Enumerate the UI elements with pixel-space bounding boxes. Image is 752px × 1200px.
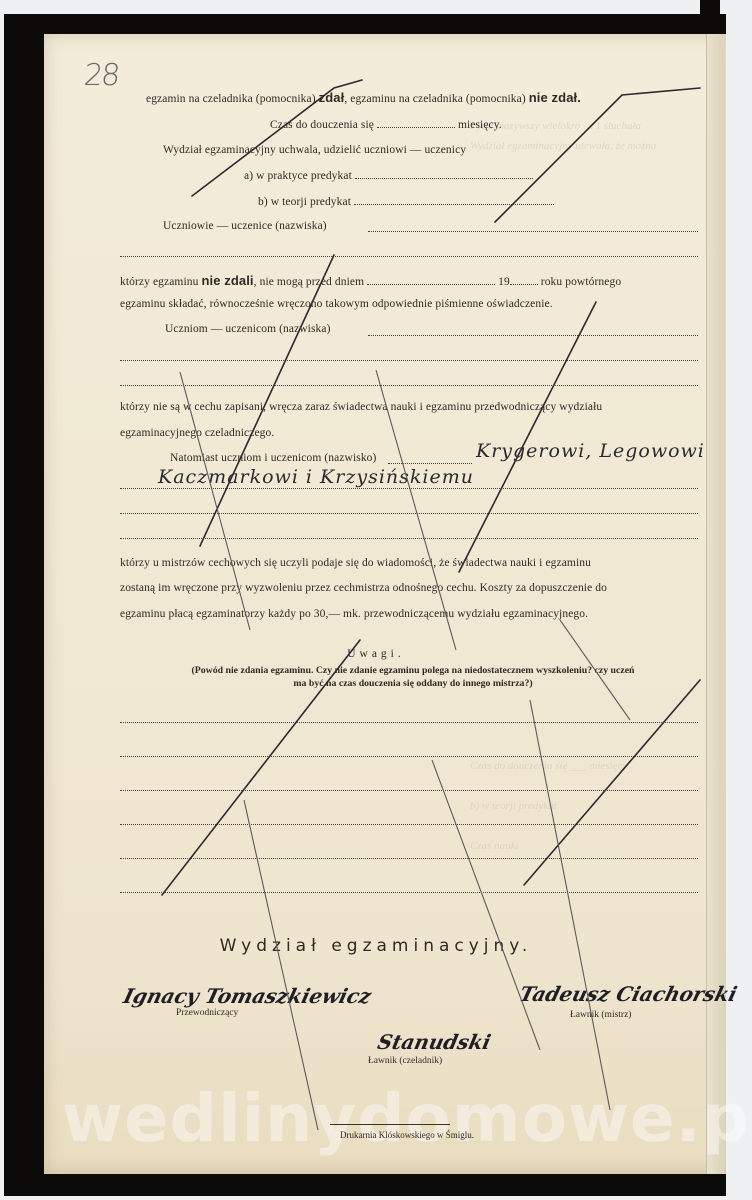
guild-masters-text-3: egzaminu płacą egzaminatorzy każdy po 30… <box>120 608 588 620</box>
passed-failed-line: egzamin na czeladnika (pomocnika) zdał, … <box>146 90 581 105</box>
remarks-field-4[interactable] <box>120 824 698 825</box>
committee-heading: Wydział egzaminacyjny. <box>0 936 752 956</box>
date-field[interactable] <box>367 275 495 285</box>
master-label: Ławnik (mistrz) <box>570 1010 631 1020</box>
practice-grade-field[interactable] <box>355 169 533 179</box>
watermark: wedlinydomowe.pl <box>62 1080 752 1157</box>
students-to-field-3[interactable] <box>120 385 698 386</box>
passed-label: zdał <box>319 90 345 105</box>
master-signature: Tadeusz Ciachorski <box>517 982 740 1006</box>
retake-time-line: Czas do douczenia się miesięcy. <box>270 118 502 131</box>
remarks-field-6[interactable] <box>120 892 698 893</box>
students-to-field-2[interactable] <box>120 360 698 361</box>
text: Czas do douczenia się <box>270 119 374 131</box>
text: roku powtórnego <box>541 276 621 288</box>
page-number: 28 <box>82 58 120 93</box>
remarks-note: (Powód nie zdania egzaminu. Czy nie zdan… <box>118 664 708 690</box>
text: , nie mogą przed dniem <box>254 276 364 288</box>
year-prefix: 19 <box>498 276 510 288</box>
failed-bold-label: nie zdali <box>201 273 253 288</box>
theory-grade-field[interactable] <box>354 195 554 205</box>
guild-masters-text-1: którzy u mistrzów cechowych się uczyli p… <box>120 557 591 569</box>
remarks-field-5[interactable] <box>120 858 698 859</box>
guild-masters-text-2: zostaną im wręczone przy wyzwoleniu prze… <box>120 582 607 594</box>
practice-grade-line: a) w praktyce predykat <box>244 169 533 182</box>
printer-rule <box>330 1124 450 1125</box>
however-label: Natomiast uczniom i uczenicom (nazwisko) <box>170 452 376 464</box>
journeyman-signature: Stanudski <box>375 1030 493 1054</box>
chairman-signature: Ignacy Tomaszkiewicz <box>121 984 374 1008</box>
not-in-guild-text: którzy nie są w cechu zapisani, wręcza z… <box>120 401 602 413</box>
months-field[interactable] <box>377 118 455 128</box>
bleed-through-text: Czas do douczenia się ___ miesięcy <box>470 760 627 772</box>
failed-label: nie zdał. <box>529 90 581 105</box>
journeyman-label: Ławnik (czeladnik) <box>368 1056 442 1066</box>
remarks-note-line-1: (Powód nie zdania egzaminu. Czy nie zdan… <box>118 664 708 677</box>
students-names-field[interactable] <box>368 231 698 232</box>
text: , egzaminu na czeladnika (pomocnika) <box>344 93 525 105</box>
text: b) w teorji predykat <box>258 196 351 208</box>
committee-resolves-text: Wydział egzaminacyjny uchwala, udzielić … <box>163 144 466 156</box>
text: którzy egzaminu <box>120 276 198 288</box>
bleed-through-text: b) w teorji predykat <box>470 800 557 812</box>
names-field-3[interactable] <box>120 513 698 514</box>
handwritten-names-2: Kaczmarkowi i Krzysińskiemu <box>158 466 474 488</box>
theory-grade-line: b) w teorji predykat <box>258 195 554 208</box>
bleed-through-text: Wydział egzaminacyjny ulewała, że można <box>470 140 656 152</box>
names-field[interactable] <box>388 463 472 464</box>
not-in-guild-text-2: egzaminacyjnego czeladniczego. <box>120 427 274 439</box>
chairman-label: Przewodniczący <box>176 1008 238 1018</box>
printer-imprint: Drukarnia Klóskowskiego w Śmiglu. <box>340 1130 474 1140</box>
names-field-4[interactable] <box>120 538 698 539</box>
statement-text: egzaminu składać, równocześnie wręczono … <box>120 298 553 310</box>
background-strip <box>726 0 752 1200</box>
text: miesięcy. <box>458 119 502 131</box>
remarks-field-3[interactable] <box>120 790 698 791</box>
students-to-field[interactable] <box>368 335 698 336</box>
names-field-2[interactable] <box>120 488 698 489</box>
failed-students-line: którzy egzaminu nie zdali, nie mogą prze… <box>120 273 621 288</box>
students-names-field-2[interactable] <box>120 256 698 257</box>
text: egzamin na czeladnika (pomocnika) <box>146 93 316 105</box>
remarks-title: Uwagi. <box>0 648 752 660</box>
students-names-label: Uczniowie — uczenice (nazwiska) <box>163 220 327 232</box>
year-field[interactable] <box>510 275 538 285</box>
handwritten-names-1: Krygerowi, Legowowi <box>476 440 705 462</box>
scan-border-tab <box>700 0 720 20</box>
bleed-through-text: Czas nauki <box>470 840 519 852</box>
students-to-label: Uczniom — uczenicom (nazwiska) <box>165 323 331 335</box>
text: a) w praktyce predykat <box>244 170 352 182</box>
remarks-note-line-2: ma być na czas douczenia się oddany do i… <box>118 677 708 690</box>
remarks-field-1[interactable] <box>120 722 698 723</box>
remarks-field-2[interactable] <box>120 756 698 757</box>
